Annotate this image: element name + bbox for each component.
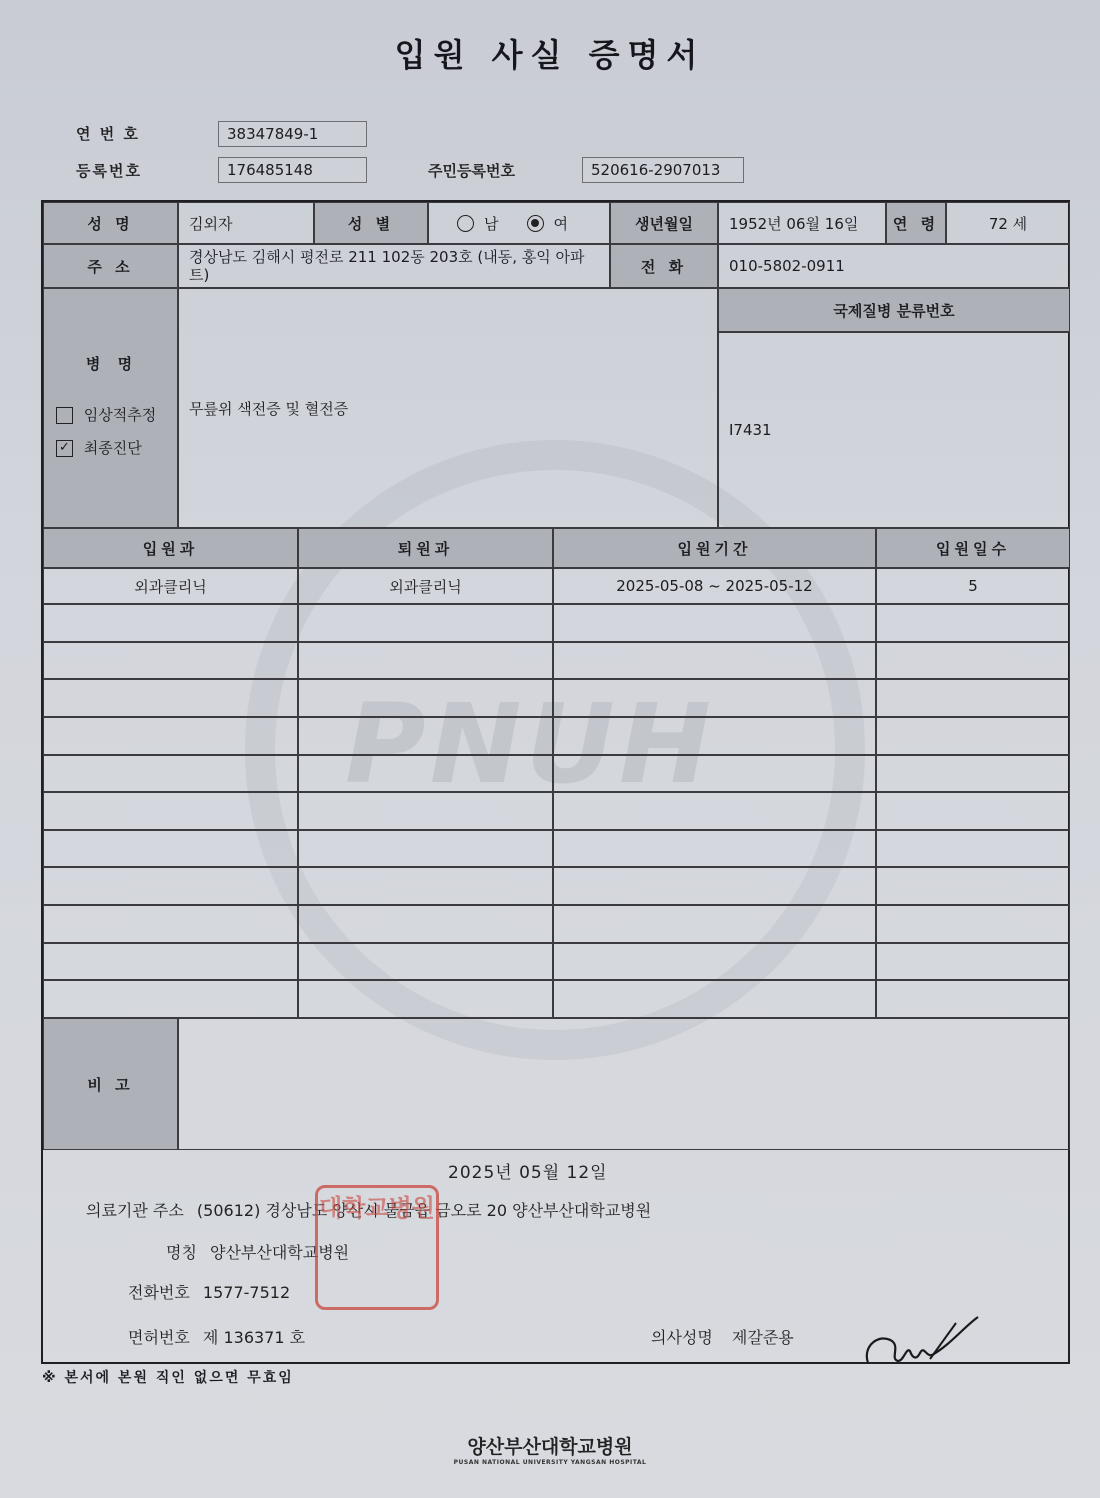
female-label: 여 — [554, 213, 569, 234]
dob-value: 1952년 06월 16일 — [718, 202, 886, 244]
empty-admission-cell — [298, 679, 553, 717]
address-value: 경상남도 김해시 평전로 211 102동 203호 (내동, 홍익 아파트) — [178, 244, 610, 288]
empty-admission-cell — [43, 830, 298, 868]
admission-days-header: 입원일수 — [876, 528, 1070, 568]
age-value: 72 세 — [946, 202, 1070, 244]
radio-male — [457, 215, 474, 232]
empty-admission-cell — [876, 717, 1070, 755]
doctor-label: 의사성명 — [651, 1328, 713, 1347]
remarks-value — [178, 1018, 1070, 1150]
doctor-name: 의사성명 제갈준용 — [651, 1325, 794, 1348]
empty-admission-cell — [298, 830, 553, 868]
empty-admission-cell — [553, 792, 876, 830]
remarks-header: 비 고 — [43, 1018, 178, 1150]
empty-admission-cell — [553, 717, 876, 755]
empty-admission-cell — [553, 905, 876, 943]
institution-phone-value: 1577-7512 — [203, 1283, 290, 1302]
empty-admission-cell — [298, 905, 553, 943]
empty-admission-cell — [298, 642, 553, 680]
hospital-logo-english: PUSAN NATIONAL UNIVERSITY YANGSAN HOSPIT… — [0, 1459, 1100, 1466]
official-seal-stamp: 대학교병원 — [315, 1185, 439, 1310]
empty-admission-cell — [298, 717, 553, 755]
patient-name: 김외자 — [178, 202, 314, 244]
admission-days: 5 — [876, 568, 1070, 604]
empty-admission-cell — [876, 943, 1070, 981]
institution-phone: 전화번호 1577-7512 — [128, 1280, 290, 1303]
empty-admission-cell — [876, 604, 1070, 642]
serial-field: 38347849-1 — [218, 121, 367, 147]
institution-phone-label: 전화번호 — [128, 1283, 190, 1302]
empty-admission-cell — [553, 755, 876, 793]
name-header: 성 명 — [43, 202, 178, 244]
hospital-logo: 양산부산대학교병원 PUSAN NATIONAL UNIVERSITY YANG… — [0, 1432, 1100, 1466]
empty-admission-cell — [876, 867, 1070, 905]
male-label: 남 — [484, 213, 499, 234]
doctor-value: 제갈준용 — [732, 1328, 794, 1347]
empty-admission-cell — [553, 642, 876, 680]
sex-header: 성 별 — [314, 202, 428, 244]
discharge-dept-header: 퇴원과 — [298, 528, 553, 568]
age-header: 연 령 — [886, 202, 946, 244]
empty-admission-cell — [298, 755, 553, 793]
empty-admission-cell — [876, 905, 1070, 943]
final-diagnosis-option: ✓ 최종진단 — [56, 437, 142, 458]
phone-value: 010-5802-0911 — [718, 244, 1070, 288]
license-label: 면허번호 — [128, 1328, 190, 1347]
admit-dept-header: 입원과 — [43, 528, 298, 568]
empty-admission-cell — [876, 642, 1070, 680]
diagnosis-header: 병 명 임상적추정 ✓ 최종진단 — [43, 288, 178, 528]
validity-note: ※ 본서에 본원 직인 없으면 무효임 — [42, 1367, 294, 1387]
empty-admission-cell — [298, 943, 553, 981]
doctor-signature — [860, 1315, 980, 1365]
empty-admission-cell — [553, 830, 876, 868]
empty-admission-cell — [553, 604, 876, 642]
icd-code: I7431 — [718, 332, 1070, 528]
empty-admission-cell — [43, 943, 298, 981]
empty-admission-cell — [43, 905, 298, 943]
empty-admission-cell — [298, 604, 553, 642]
disease-name: 무릎위 색전증 및 혈전증 — [178, 288, 718, 528]
empty-admission-cell — [876, 792, 1070, 830]
phone-header: 전 화 — [610, 244, 718, 288]
empty-admission-cell — [298, 980, 553, 1018]
serial-label: 연 번 호 — [76, 123, 140, 144]
admission-period-header: 입원기간 — [553, 528, 876, 568]
icd-header: 국제질병 분류번호 — [718, 288, 1070, 332]
issue-date: 2025년 05월 12일 — [448, 1158, 608, 1183]
rrn-field: 520616-2907013 — [582, 157, 744, 183]
dob-header: 생년월일 — [610, 202, 718, 244]
admission-period: 2025-05-08 ~ 2025-05-12 — [553, 568, 876, 604]
empty-admission-cell — [876, 755, 1070, 793]
certificate-table: 성 명 김외자 성 별 남 여 생년월일 1952년 06월 16일 연 령 7… — [41, 200, 1070, 1364]
license-number: 면허번호 제 136371 호 — [128, 1325, 305, 1348]
address-header: 주 소 — [43, 244, 178, 288]
empty-admission-cell — [298, 867, 553, 905]
empty-admission-cell — [553, 867, 876, 905]
empty-admission-cell — [43, 980, 298, 1018]
empty-admission-cell — [43, 755, 298, 793]
empty-admission-cell — [553, 679, 876, 717]
final-diagnosis-checkbox-checked: ✓ — [56, 440, 73, 457]
clinical-estimate-label: 임상적추정 — [84, 406, 156, 424]
empty-admission-cell — [43, 717, 298, 755]
admit-dept: 외과클리닉 — [43, 568, 298, 604]
registration-field: 176485148 — [218, 157, 367, 183]
empty-admission-cell — [43, 679, 298, 717]
institution-address-label: 의료기관 주소 — [86, 1201, 184, 1220]
empty-admission-cell — [876, 980, 1070, 1018]
registration-label: 등록번호 — [76, 160, 142, 181]
license-value: 제 136371 호 — [203, 1328, 305, 1347]
hospital-logo-korean: 양산부산대학교병원 — [0, 1432, 1100, 1459]
document-page: PNUH 입원 사실 증명서 연 번 호 38347849-1 등록번호 176… — [0, 0, 1100, 1498]
rrn-label: 주민등록번호 — [428, 160, 515, 181]
institution-name-label: 명칭 — [166, 1243, 197, 1262]
sex-options: 남 여 — [428, 202, 610, 244]
empty-admission-cell — [43, 792, 298, 830]
diagnosis-label: 병 명 — [56, 353, 168, 374]
radio-female-selected — [527, 215, 544, 232]
clinical-estimate-checkbox — [56, 407, 73, 424]
empty-admission-cell — [43, 867, 298, 905]
empty-admission-cell — [43, 642, 298, 680]
empty-admission-cell — [876, 830, 1070, 868]
empty-admission-cell — [298, 792, 553, 830]
document-title: 입원 사실 증명서 — [0, 30, 1100, 76]
empty-admission-cell — [876, 679, 1070, 717]
empty-admission-cell — [553, 943, 876, 981]
clinical-estimate-option: 임상적추정 — [56, 404, 156, 425]
discharge-dept: 외과클리닉 — [298, 568, 553, 604]
final-diagnosis-label: 최종진단 — [84, 439, 142, 457]
empty-admission-cell — [43, 604, 298, 642]
empty-admission-cell — [553, 980, 876, 1018]
